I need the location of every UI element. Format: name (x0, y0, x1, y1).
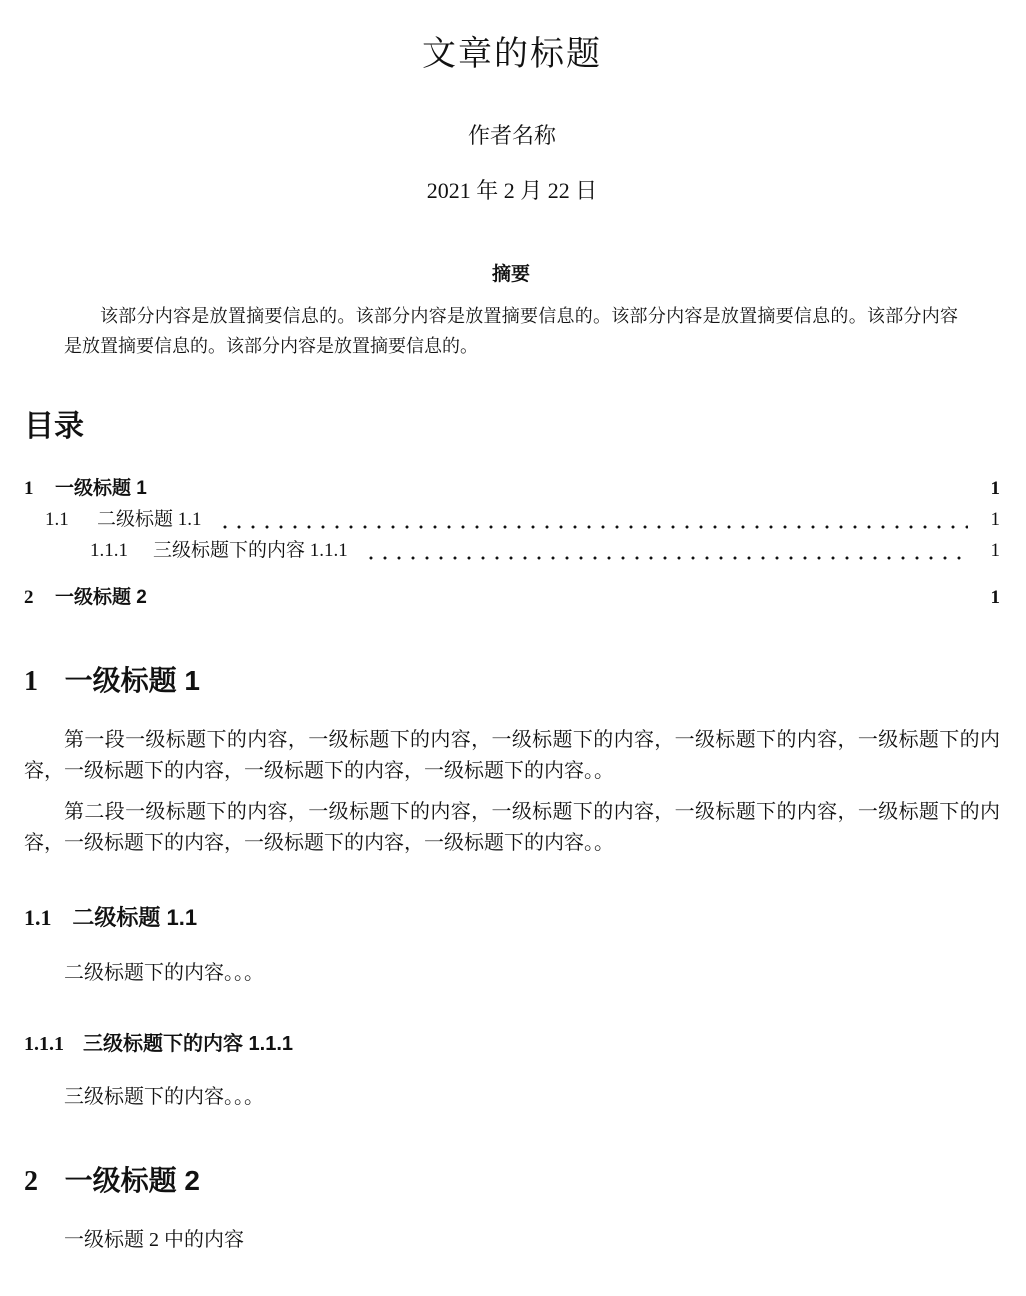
section-number: 1.1 (24, 905, 52, 930)
section-title: 三级标题下的内容 1.1.1 (83, 1033, 293, 1055)
document-author: 作者名称 (24, 119, 1000, 150)
toc-entry-section-1-1-1[interactable]: 1.1.1 三级标题下的内容 1.1.1 1 (24, 535, 1000, 566)
section-2-paragraph: 一级标题 2 中的内容 (24, 1225, 1000, 1256)
toc-entry-label: 三级标题下的内容 1.1.1 (153, 535, 348, 566)
document-date: 2021 年 2 月 22 日 (24, 174, 1000, 205)
section-1-1-1-paragraph: 三级标题下的内容。。。 (24, 1082, 1000, 1113)
abstract-heading: 摘要 (64, 259, 958, 286)
section-2-heading: 2一级标题 2 (24, 1159, 1000, 1199)
section-title: 一级标题 2 (65, 1165, 200, 1196)
toc-entry-number: 1.1.1 (90, 535, 153, 566)
toc-entry-section-2[interactable]: 2 一级标题 2 1 (24, 582, 1000, 613)
toc-entry-page: 1 (978, 582, 1000, 613)
section-title: 二级标题 1.1 (72, 905, 197, 930)
toc-entry-number: 2 (24, 582, 55, 613)
toc-entry-label: 一级标题 2 (55, 582, 147, 613)
toc-entry-section-1[interactable]: 1 一级标题 1 1 (24, 473, 1000, 504)
toc-dot-leader (364, 535, 968, 566)
table-of-contents: 目录 1 一级标题 1 1 1.1 二级标题 1.1 1 1.1.1 三级标题下… (24, 401, 1000, 613)
section-title: 一级标题 1 (65, 665, 200, 696)
toc-entry-page: 1 (978, 504, 1000, 535)
section-number: 1 (24, 666, 38, 697)
toc-entry-number: 1.1 (45, 504, 97, 535)
abstract-section: 摘要 该部分内容是放置摘要信息的。该部分内容是放置摘要信息的。该部分内容是放置摘… (64, 259, 958, 361)
document-page: 文章的标题 作者名称 2021 年 2 月 22 日 摘要 该部分内容是放置摘要… (0, 0, 1026, 1296)
toc-entry-label: 二级标题 1.1 (97, 504, 202, 535)
section-1-1-1-heading: 1.1.1三级标题下的内容 1.1.1 (24, 1027, 1000, 1056)
section-number: 1.1.1 (24, 1033, 64, 1055)
section-1-paragraph-1: 第一段一级标题下的内容，一级标题下的内容，一级标题下的内容，一级标题下的内容，一… (24, 725, 1000, 787)
section-1-heading: 1一级标题 1 (24, 659, 1000, 699)
toc-entry-page: 1 (978, 535, 1000, 566)
toc-heading: 目录 (24, 401, 1000, 445)
toc-entry-label: 一级标题 1 (55, 473, 147, 504)
section-1-1-paragraph: 二级标题下的内容。。。 (24, 958, 1000, 989)
toc-dot-leader (218, 504, 968, 535)
document-title: 文章的标题 (24, 26, 1000, 75)
section-1-1-heading: 1.1二级标题 1.1 (24, 901, 1000, 932)
toc-entry-page: 1 (978, 473, 1000, 504)
abstract-text: 该部分内容是放置摘要信息的。该部分内容是放置摘要信息的。该部分内容是放置摘要信息… (64, 301, 958, 361)
toc-entry-section-1-1[interactable]: 1.1 二级标题 1.1 1 (24, 504, 1000, 535)
toc-entry-number: 1 (24, 473, 55, 504)
section-1-paragraph-2: 第二段一级标题下的内容，一级标题下的内容，一级标题下的内容，一级标题下的内容，一… (24, 797, 1000, 859)
section-number: 2 (24, 1166, 38, 1197)
